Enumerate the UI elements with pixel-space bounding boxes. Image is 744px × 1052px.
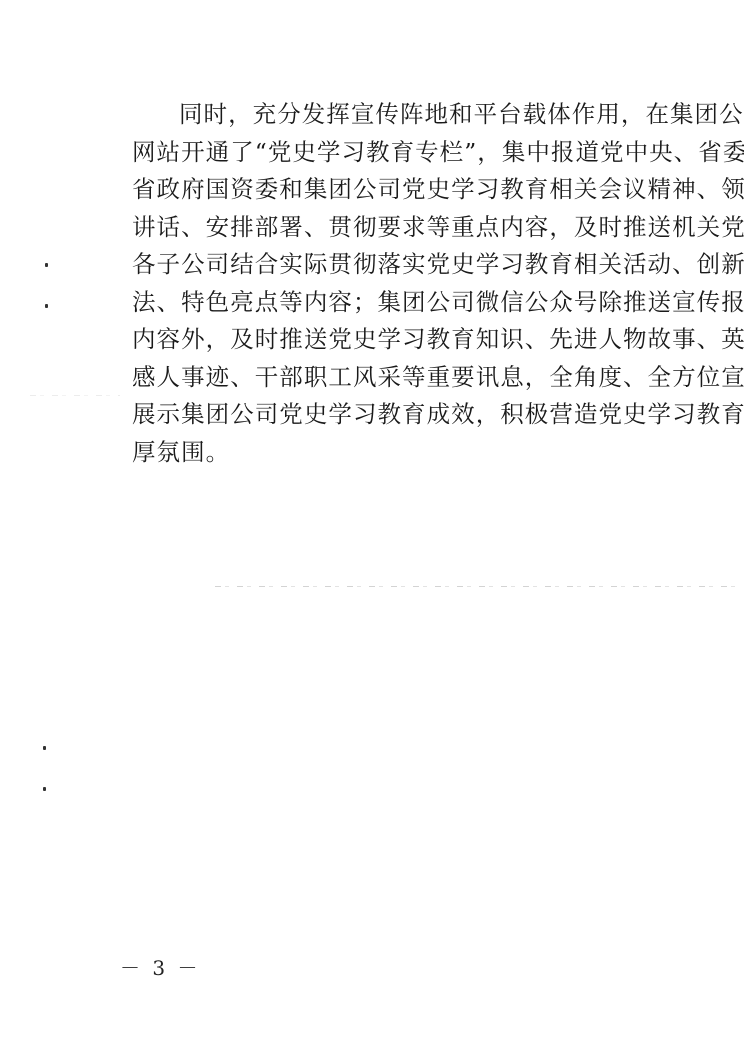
scan-artifact-line — [30, 395, 120, 396]
binding-hole-mark — [45, 304, 48, 308]
paragraph-line: 厚氛围。 — [132, 434, 672, 472]
binding-hole-mark — [43, 787, 46, 791]
document-page: 同时，充分发挥宣传阵地和平台载体作用，在集团公司 网站开通了“党史学习教育专栏”… — [0, 0, 744, 1052]
paragraph-line: 展示集团公司党史学习教育成效，积极营造党史学习教育浓 — [132, 396, 672, 434]
paragraph-line: 感人事迹、干部职工风采等重要讯息，全角度、全方位宣传、 — [132, 359, 672, 397]
binding-hole-mark — [43, 746, 46, 750]
paragraph-line: 法、特色亮点等内容；集团公司微信公众号除推送宣传报道 — [132, 284, 672, 322]
binding-hole-mark — [45, 263, 48, 267]
paragraph-line: 内容外，及时推送党史学习教育知识、先进人物故事、英雄 — [132, 321, 672, 359]
body-paragraph: 同时，充分发挥宣传阵地和平台载体作用，在集团公司 网站开通了“党史学习教育专栏”… — [132, 96, 672, 471]
page-number: － 3 － — [120, 952, 200, 981]
paragraph-line: 讲话、安排部署、贯彻要求等重点内容，及时推送机关党委、 — [132, 209, 672, 247]
paragraph-line: 省政府国资委和集团公司党史学习教育相关会议精神、领导 — [132, 171, 672, 209]
paragraph-line: 同时，充分发挥宣传阵地和平台载体作用，在集团公司 — [132, 96, 672, 134]
scan-artifact-line — [215, 586, 735, 587]
paragraph-line: 网站开通了“党史学习教育专栏”，集中报道党中央、省委、 — [132, 134, 672, 172]
paragraph-line: 各子公司结合实际贯彻落实党史学习教育相关活动、创新做 — [132, 246, 672, 284]
